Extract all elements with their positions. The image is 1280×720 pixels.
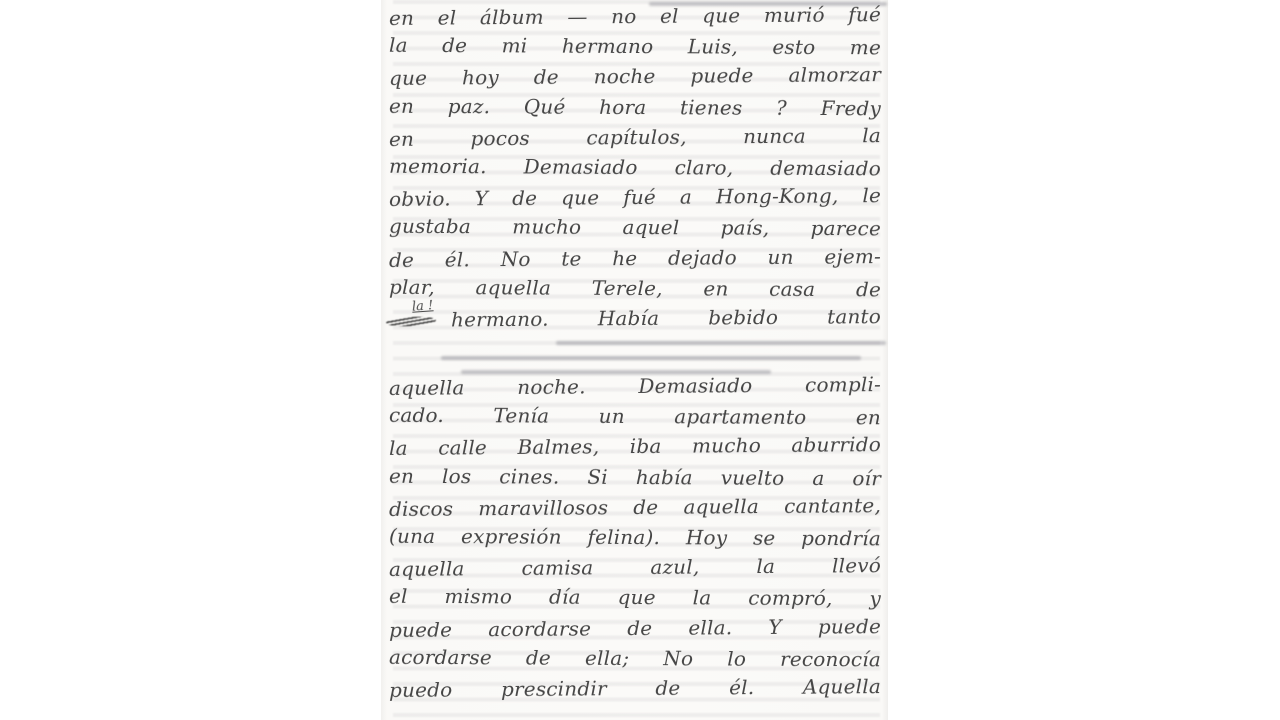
handwritten-line: discos maravillosos de aquella cantante, [389, 490, 881, 524]
handwritten-section-lower: aquella noche. Demasiado compli-cado. Te… [389, 371, 881, 703]
handwritten-line: en paz. Qué hora tienes ? Fredy [389, 90, 881, 123]
handwritten-line: la de mi hermano Luis, esto me [389, 30, 881, 63]
handwritten-section-upper: en el álbum — no el que murió fuéla de m… [389, 1, 881, 333]
handwritten-line: en el álbum — no el que murió fué [389, 0, 881, 33]
handwritten-line: la calle Balmes, iba mucho aburrido [389, 429, 881, 463]
handwritten-line: acordarse de ella; No lo reconocía [389, 641, 881, 674]
handwritten-line: en pocos capítulos, nunca la [389, 120, 881, 154]
handwritten-line: aquella noche. Demasiado compli- [389, 369, 881, 403]
handwritten-line: hermano. Había bebido tanto [389, 301, 881, 335]
handwritten-line: el mismo día que la compró, y [389, 581, 881, 614]
handwritten-line: de él. No te he dejado un ejem- [389, 241, 881, 275]
handwritten-line: obvio. Y de que fué a Hong-Kong, le [389, 180, 881, 214]
typewritten-bleedthrough-line [556, 341, 886, 345]
scanned-manuscript-page: en el álbum — no el que murió fuéla de m… [381, 0, 888, 720]
handwritten-line: memoria. Demasiado claro, demasiado [389, 151, 881, 184]
handwritten-line: cado. Tenía un apartamento en [389, 400, 881, 433]
handwritten-line: puedo prescindir de él. Aquella [389, 671, 881, 705]
scan-viewer-background: en el álbum — no el que murió fuéla de m… [0, 0, 1280, 720]
handwritten-line: aquella camisa azul, la llevó [389, 550, 881, 584]
insertion-correction-mark: la ! [412, 298, 434, 314]
handwritten-line: puede acordarse de ella. Y puede [389, 611, 881, 645]
handwritten-line: plar, aquella Terele, en casa de [389, 271, 881, 304]
handwritten-line: gustaba mucho aquel país, parece [389, 211, 881, 244]
handwritten-line: (una expresión felina). Hoy se pondría [389, 521, 881, 554]
handwritten-line: que hoy de noche puede almorzar [389, 59, 881, 93]
handwritten-line: en los cines. Si había vuelto a oír [389, 460, 881, 493]
typewritten-bleedthrough-line [441, 356, 861, 360]
